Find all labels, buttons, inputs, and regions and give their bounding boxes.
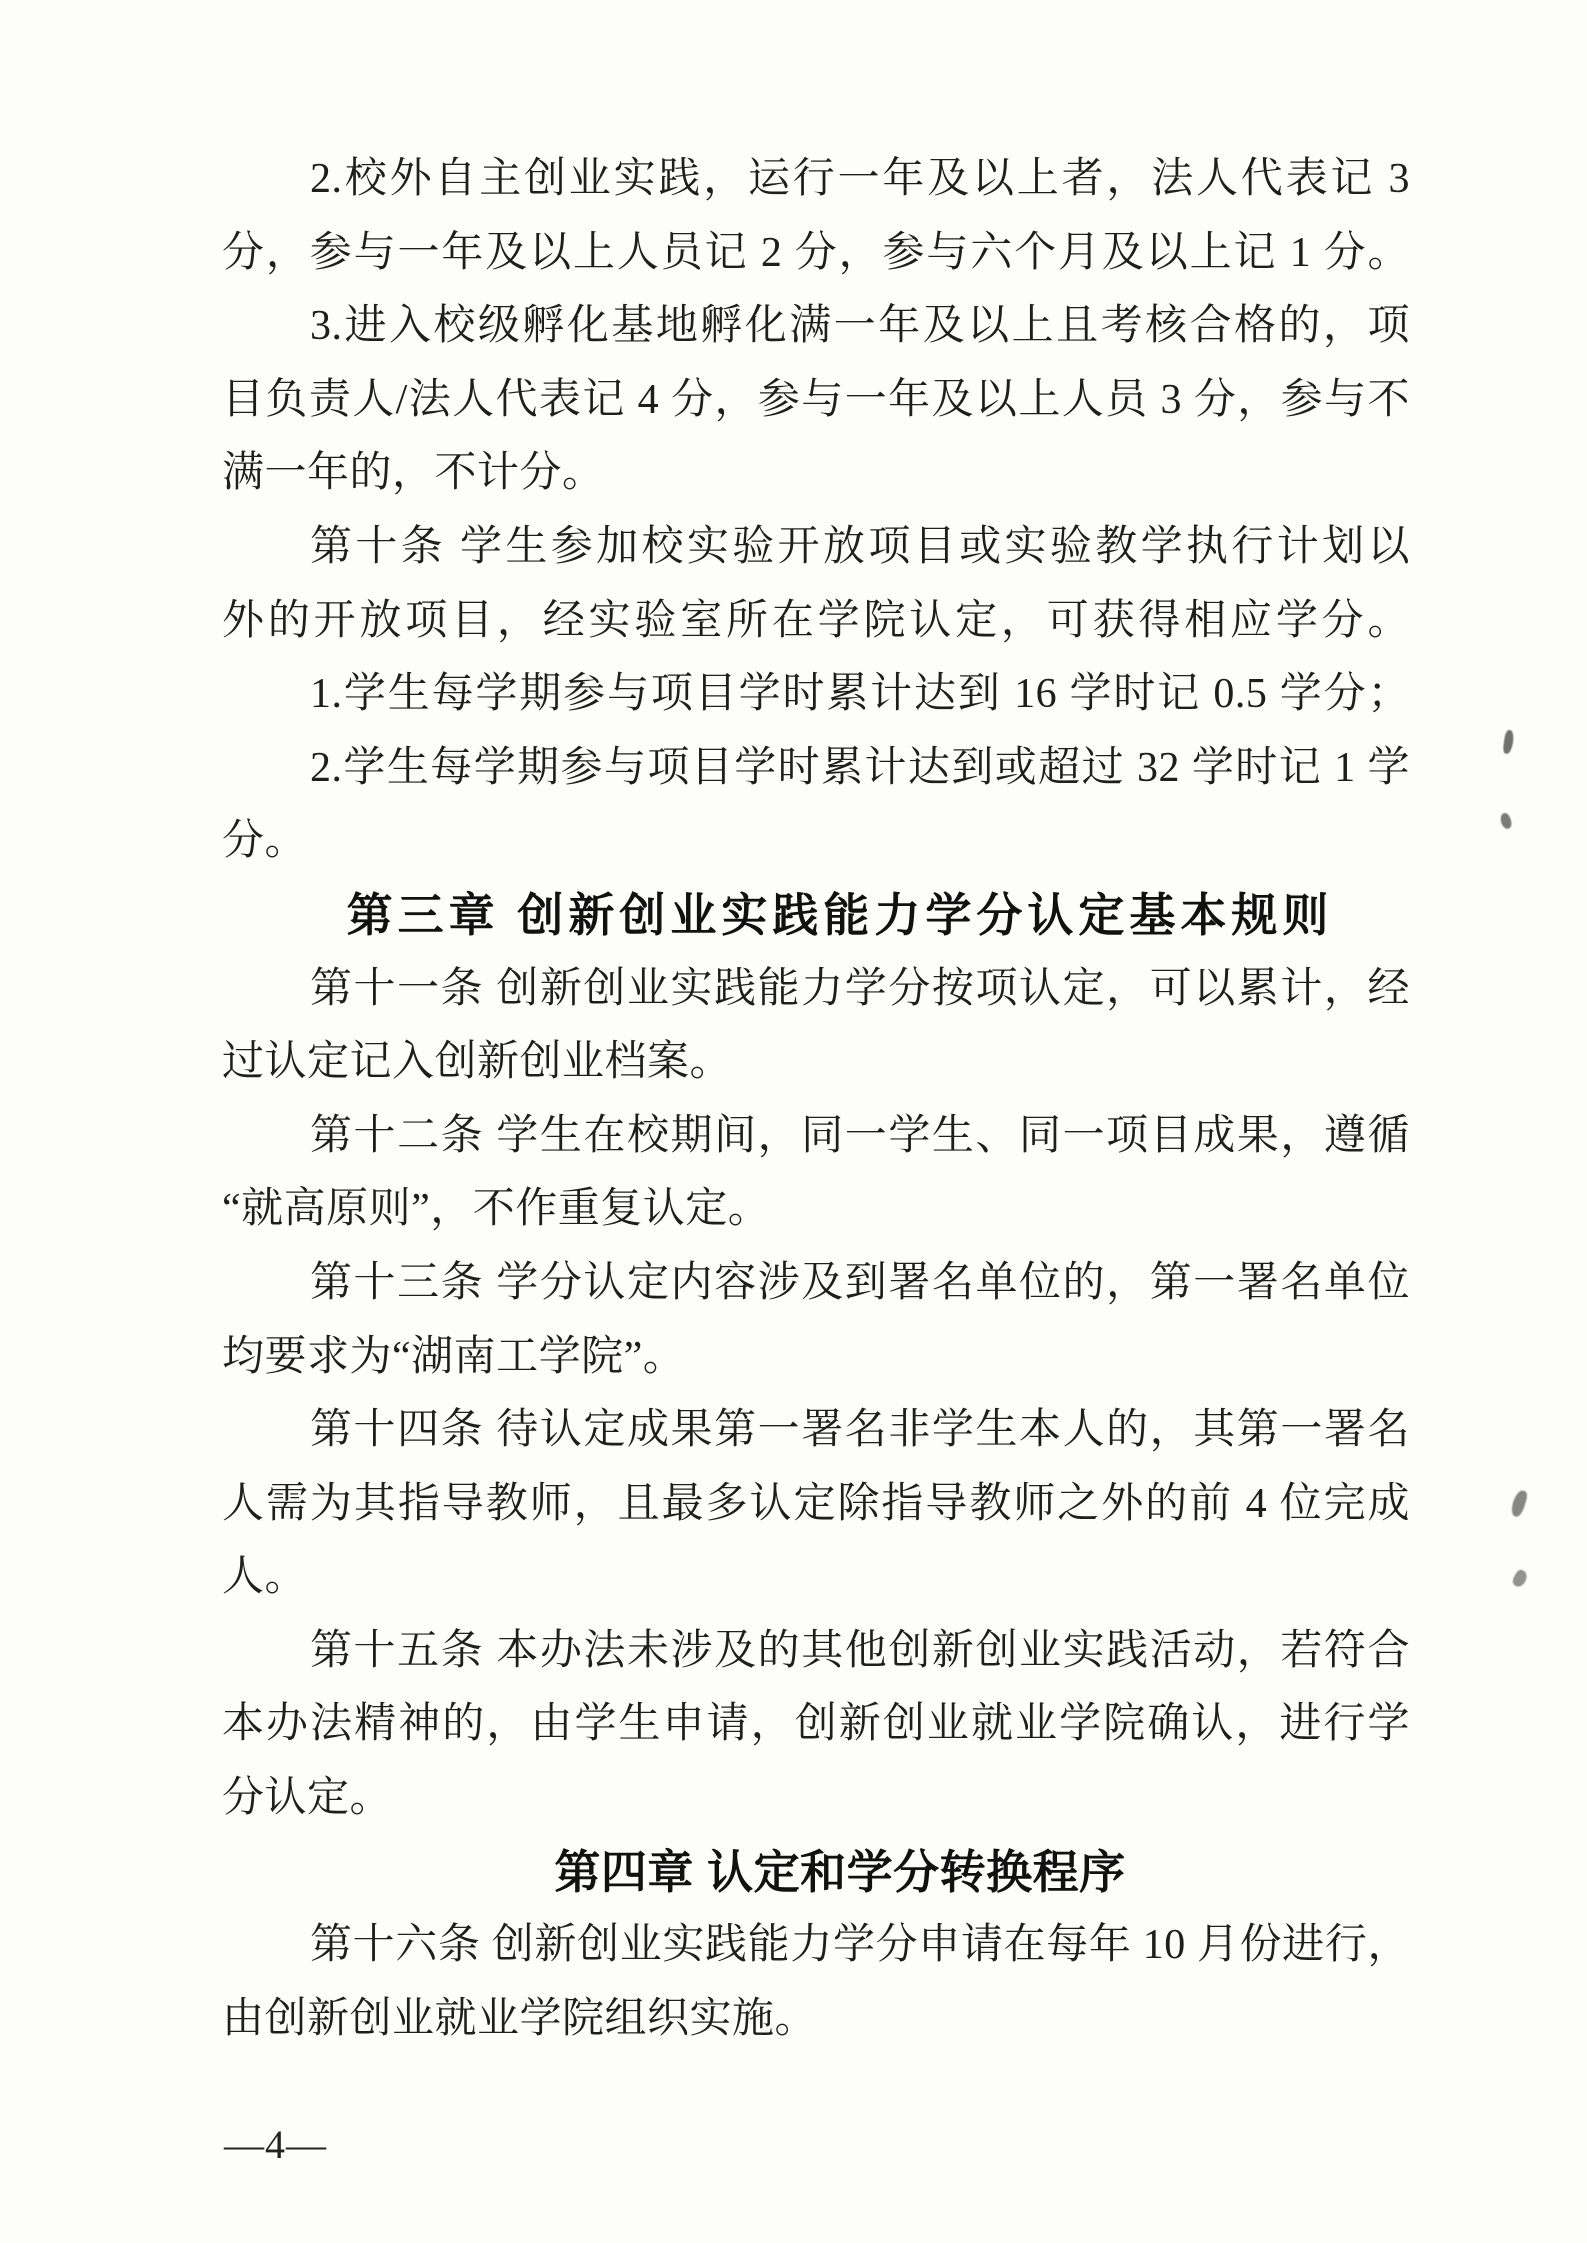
text-line: 人需为其指导教师，且最多认定除指导教师之外的前 4 位完成 <box>222 1468 1410 1542</box>
scan-smudge <box>1499 812 1513 830</box>
text-line: 第十四条 待认定成果第一署名非学生本人的，其第一署名 <box>222 1394 1410 1468</box>
page-number: —4— <box>224 2118 327 2172</box>
text-line: 满一年的，不计分。 <box>222 437 1410 511</box>
document-body: 2.校外自主创业实践，运行一年及以上者，法人代表记 3 分，参与一年及以上人员记… <box>222 143 1410 2056</box>
text-line: 目负责人/法人代表记 4 分，参与一年及以上人员 3 分，参与不 <box>222 364 1410 438</box>
text-line: 3.进入校级孵化基地孵化满一年及以上且考核合格的，项 <box>222 290 1410 364</box>
text-line: 由创新创业就业学院组织实施。 <box>222 1983 1410 2057</box>
text-line: 2.学生每学期参与项目学时累计达到或超过 32 学时记 1 学 <box>222 732 1410 806</box>
chapter-heading-4: 第四章 认定和学分转换程序 <box>246 1836 1434 1910</box>
text-line: 第十条 学生参加校实验开放项目或实验教学执行计划以 <box>222 511 1410 585</box>
text-line: 2.校外自主创业实践，运行一年及以上者，法人代表记 3 <box>222 143 1410 217</box>
text-line: 第十一条 创新创业实践能力学分按项认定，可以累计，经 <box>222 953 1410 1027</box>
document-page: 2.校外自主创业实践，运行一年及以上者，法人代表记 3 分，参与一年及以上人员记… <box>0 0 1587 2243</box>
text-line: 本办法精神的，由学生申请，创新创业就业学院确认，进行学 <box>222 1688 1410 1762</box>
text-line: 人。 <box>222 1541 1410 1615</box>
text-line: 第十二条 学生在校期间，同一学生、同一项目成果，遵循 <box>222 1100 1410 1174</box>
scan-smudge <box>1509 1489 1529 1518</box>
text-line: 过认定记入创新创业档案。 <box>222 1026 1410 1100</box>
text-line: 均要求为“湖南工学院”。 <box>222 1321 1410 1395</box>
text-line: “就高原则”，不作重复认定。 <box>222 1173 1410 1247</box>
text-line: 第十六条 创新创业实践能力学分申请在每年 10 月份进行， <box>222 1909 1410 1983</box>
text-line: 分认定。 <box>222 1762 1410 1836</box>
scan-smudge <box>1502 729 1514 754</box>
scan-smudge <box>1511 1568 1530 1589</box>
text-line: 第十三条 学分认定内容涉及到署名单位的，第一署名单位 <box>222 1247 1410 1321</box>
text-line: 分。 <box>222 805 1410 879</box>
text-line: 外的开放项目，经实验室所在学院认定，可获得相应学分。 <box>222 585 1410 659</box>
chapter-heading-3: 第三章 创新创业实践能力学分认定基本规则 <box>246 879 1434 953</box>
text-line: 分，参与一年及以上人员记 2 分，参与六个月及以上记 1 分。 <box>222 217 1410 291</box>
text-line: 1.学生每学期参与项目学时累计达到 16 学时记 0.5 学分； <box>222 658 1410 732</box>
text-line: 第十五条 本办法未涉及的其他创新创业实践活动，若符合 <box>222 1615 1410 1689</box>
